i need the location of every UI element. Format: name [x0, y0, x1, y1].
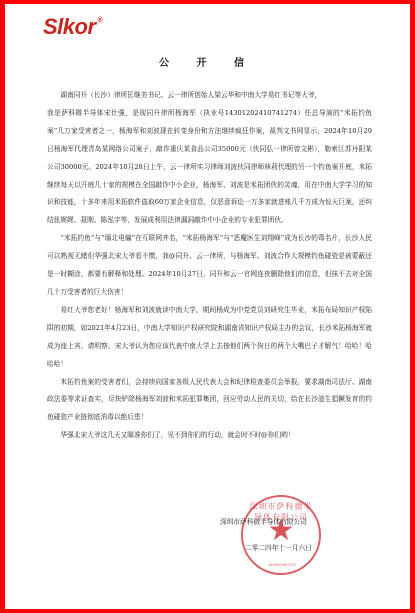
registered-mark: ® [98, 17, 103, 24]
paragraph-4: 米拓钓鱼案的受害者们，会持续向国家各级人民代表大会和纪律检查委员会举报，要求湖南… [47, 374, 372, 428]
company-seal: 深圳市萨科微半导体有限公司 ★ 4403041097755 [241, 495, 321, 575]
paragraph-5: 华强北宋大爷这几天又瞄准你们了，见不到你们的行动，就会时不时@你们哟！ [47, 427, 372, 445]
signature-company: 深圳市萨科微半导体有限公司 [220, 516, 307, 526]
letter-page: Slkor® 公 开 信 湖南同升（长沙）律所匡继美书记、云一律所创始人梁云华和… [5, 4, 410, 609]
seal-code: 4403041097755 [257, 563, 307, 567]
salutation: 湖南同升（长沙）律所匡继美书记、云一律所创始人梁云华和中南大学易红书记等大爷， [47, 87, 372, 105]
letter-title: 公 开 信 [5, 54, 410, 69]
paragraph-2: “米拓钓鱼”与“缅北电骗”在互联网齐名，“米拓杨海军”与“恶魔医生刘翔峰”成为长… [47, 230, 372, 302]
logo-text: Slkor [43, 14, 96, 39]
signature-date: 二零二四年十一月六日 [245, 542, 312, 552]
letter-body: 湖南同升（长沙）律所匡继美书记、云一律所创始人梁云华和中南大学易红书记等大爷， … [47, 87, 372, 445]
paragraph-1: 我是萨科微半导体宋仕强，是现同升律所杨海军（执业号143012024107412… [47, 105, 372, 230]
paragraph-3: 易红大爷您老好！杨海军和刘波就读中南大学，期间杨成为中党党员刘研究生毕业，米拓布… [47, 302, 372, 374]
slkor-logo: Slkor® [43, 14, 102, 40]
